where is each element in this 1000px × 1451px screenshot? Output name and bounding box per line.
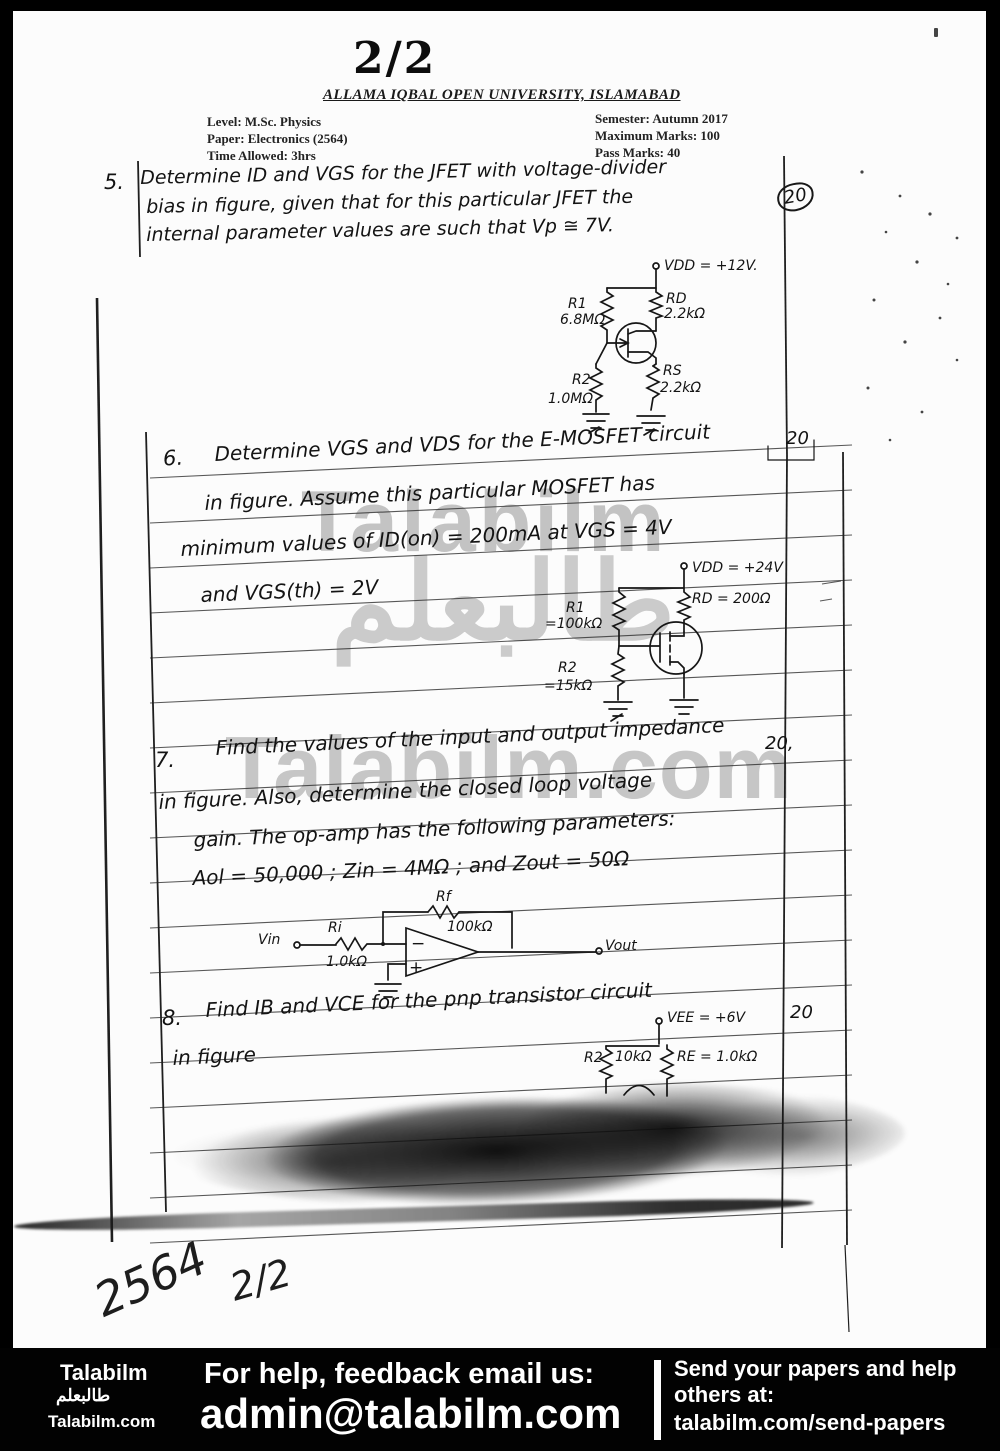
q8-line-2: in figure bbox=[172, 1042, 256, 1070]
q8-number: 8. bbox=[162, 1006, 182, 1030]
footer-divider bbox=[654, 1360, 661, 1440]
q5-marks-value: 20 bbox=[775, 180, 816, 214]
circuit-q6-mosfet: VDD = +24V R1 =100kΩ RD = 200Ω R2 =15kΩ bbox=[544, 560, 784, 721]
q7-rf-label: Rf bbox=[436, 889, 453, 905]
footer-site: Talabilm.com bbox=[48, 1412, 155, 1432]
footer-email: admin@talabilm.com bbox=[200, 1390, 621, 1438]
q5-rs-value: 2.2kΩ bbox=[660, 380, 701, 396]
q6-number: 6. bbox=[162, 445, 183, 470]
talabilm-footer-banner: Talabilm طالبعلم Talabilm.com For help, … bbox=[0, 1348, 1000, 1451]
q5-rd-label: RD bbox=[666, 291, 687, 307]
q8-marks: 20 bbox=[790, 1002, 813, 1023]
q5-rs-label: RS bbox=[663, 363, 682, 379]
q8-supply-label: VEE = +6V bbox=[667, 1010, 747, 1026]
q7-number: 7. bbox=[155, 748, 175, 772]
footer-send-link: talabilm.com/send-papers bbox=[674, 1410, 945, 1436]
footer-brand: Talabilm bbox=[60, 1360, 148, 1386]
scan-specks bbox=[860, 28, 958, 441]
footer-brand-arabic: طالبعلم bbox=[56, 1386, 110, 1406]
circuit-q5-jfet: VDD = +12V. R1 6.8MΩ RD 2.2kΩ R2 1.0MΩ R… bbox=[548, 258, 758, 435]
q8-r2-value: 10kΩ bbox=[615, 1049, 652, 1065]
q7-vout-label: Vout bbox=[605, 938, 637, 954]
footer-send-line-1: Send your papers and help bbox=[674, 1356, 956, 1382]
q5-marks: 20 bbox=[777, 183, 814, 211]
q6-r1-label: R1 bbox=[566, 600, 585, 616]
q5-r2-label: R2 bbox=[572, 372, 591, 388]
scanned-exam-paper: { "header": { "page_number": "2/2", "uni… bbox=[0, 0, 1000, 1451]
q5-number: 5. bbox=[104, 170, 124, 194]
q5-r2-value: 1.0MΩ bbox=[548, 391, 593, 407]
q6-r2-label: R2 bbox=[558, 660, 577, 676]
q5-supply-label: VDD = +12V. bbox=[664, 258, 758, 274]
q5-r1-value: 6.8MΩ bbox=[560, 312, 605, 328]
q7-vin-label: Vin bbox=[258, 932, 280, 948]
q5-r1-label: R1 bbox=[568, 296, 587, 312]
q6-supply-label: VDD = +24V bbox=[692, 560, 784, 576]
q6-r2-value: =15kΩ bbox=[544, 678, 593, 694]
q8-r2-label: R2 bbox=[584, 1050, 603, 1066]
footer-send-line-2: others at: bbox=[674, 1382, 774, 1408]
q7-ri-value: 1.0kΩ bbox=[326, 954, 367, 970]
q6-r1-value: =100kΩ bbox=[545, 616, 603, 632]
q7-ri-label: Ri bbox=[328, 920, 342, 936]
q6-marks: 20 bbox=[786, 428, 809, 449]
q7-inverting-input: − bbox=[411, 934, 425, 954]
q7-marks: 20, bbox=[765, 733, 794, 754]
q6-rd-label: RD = 200Ω bbox=[692, 591, 771, 607]
q8-re-label: RE = 1.0kΩ bbox=[677, 1049, 758, 1065]
q5-rd-value: 2.2kΩ bbox=[664, 306, 705, 322]
footer-help-line: For help, feedback email us: bbox=[204, 1358, 594, 1391]
q7-rf-value: 100kΩ bbox=[447, 919, 493, 935]
q7-noninverting-input: + bbox=[409, 958, 423, 978]
